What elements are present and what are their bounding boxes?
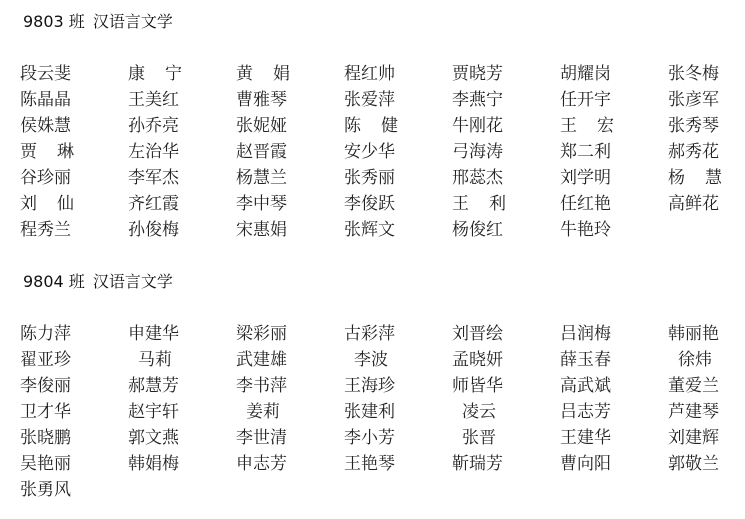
student-name: 卫才华 — [20, 399, 74, 425]
student-name-cell: 高鲜花 — [668, 191, 745, 217]
student-name: 杨俊红 — [452, 217, 506, 243]
student-name-cell: 左治华 — [128, 139, 236, 165]
name-list-9803: 段云斐康宁黄娟程红帅贾晓芳胡耀岗张冬梅陈晶晶王美红曹雅琴张爱萍李燕宁任开宇张彦军… — [20, 61, 745, 243]
student-name-cell: 王宏 — [560, 113, 668, 139]
class-code: 9804 班 — [23, 272, 85, 291]
student-name-cell: 赵晋霞 — [236, 139, 344, 165]
student-name-cell: 翟亚珍 — [20, 347, 128, 373]
student-name-cell: 高武斌 — [560, 373, 668, 399]
student-name: 杨慧兰 — [236, 165, 290, 191]
student-name: 靳瑞芳 — [452, 451, 506, 477]
student-name: 翟亚珍 — [20, 347, 74, 373]
student-name-cell: 安少华 — [344, 139, 452, 165]
student-name: 孙俊梅 — [128, 217, 182, 243]
student-name-cell: 董爱兰 — [668, 373, 745, 399]
student-name-cell: 贾琳 — [20, 139, 128, 165]
student-name: 郝秀花 — [668, 139, 722, 165]
student-name-cell: 张彦军 — [668, 87, 745, 113]
student-name-cell: 张爱萍 — [344, 87, 452, 113]
student-name-cell: 凌云 — [452, 399, 560, 425]
major-name: 汉语言文学 — [93, 272, 173, 291]
student-name-cell: 李燕宁 — [452, 87, 560, 113]
student-name: 张辉文 — [344, 217, 398, 243]
student-name: 侯姝慧 — [20, 113, 74, 139]
student-name: 任开宇 — [560, 87, 614, 113]
student-name-cell: 宋惠娟 — [236, 217, 344, 243]
student-name: 左治华 — [128, 139, 182, 165]
student-name-cell: 弓海涛 — [452, 139, 560, 165]
student-name: 陈健 — [344, 113, 398, 139]
student-name-cell: 谷珍丽 — [20, 165, 128, 191]
section-heading-9804: 9804 班汉语言文学 — [23, 272, 173, 292]
student-name-cell: 郑二利 — [560, 139, 668, 165]
student-name-cell: 郝慧芳 — [128, 373, 236, 399]
student-name: 郭文燕 — [128, 425, 182, 451]
student-name-cell: 赵宇轩 — [128, 399, 236, 425]
student-name-cell: 申建华 — [128, 321, 236, 347]
student-name-cell: 师皆华 — [452, 373, 560, 399]
student-name: 安少华 — [344, 139, 398, 165]
student-name: 郭敬兰 — [668, 451, 722, 477]
student-name: 高武斌 — [560, 373, 614, 399]
student-name-cell: 张秀琴 — [668, 113, 745, 139]
student-name-cell: 刘仙 — [20, 191, 128, 217]
student-name-cell: 康宁 — [128, 61, 236, 87]
student-name: 李世清 — [236, 425, 290, 451]
student-name-cell: 武建雄 — [236, 347, 344, 373]
student-name: 康宁 — [128, 61, 182, 87]
student-name: 张冬梅 — [668, 61, 722, 87]
student-name: 程红帅 — [344, 61, 398, 87]
student-name-cell: 任开宇 — [560, 87, 668, 113]
student-name: 曹向阳 — [560, 451, 614, 477]
student-name: 刘学明 — [560, 165, 614, 191]
student-name: 师皆华 — [452, 373, 506, 399]
student-name: 赵宇轩 — [128, 399, 182, 425]
student-name-cell: 张晋 — [452, 425, 560, 451]
student-name-cell: 牛刚花 — [452, 113, 560, 139]
student-name-cell: 马莉 — [128, 347, 236, 373]
student-name-cell: 牛艳玲 — [560, 217, 668, 243]
student-name-cell: 侯姝慧 — [20, 113, 128, 139]
student-name-cell: 张晓鹏 — [20, 425, 128, 451]
student-name: 薛玉春 — [560, 347, 614, 373]
student-name: 宋惠娟 — [236, 217, 290, 243]
student-name: 张晓鹏 — [20, 425, 74, 451]
student-name: 王艳琴 — [344, 451, 398, 477]
student-name: 贾晓芳 — [452, 61, 506, 87]
student-name-cell: 韩娟梅 — [128, 451, 236, 477]
student-name: 牛艳玲 — [560, 217, 614, 243]
student-name: 陈力萍 — [20, 321, 74, 347]
student-name: 董爱兰 — [668, 373, 722, 399]
student-name-cell: 李俊跃 — [344, 191, 452, 217]
student-name: 张晋 — [452, 425, 506, 451]
student-name: 申志芳 — [236, 451, 290, 477]
student-name: 齐红霞 — [128, 191, 182, 217]
student-name-cell: 李波 — [344, 347, 452, 373]
major-name: 汉语言文学 — [93, 12, 173, 31]
student-name-cell: 郭敬兰 — [668, 451, 745, 477]
student-name: 李俊跃 — [344, 191, 398, 217]
student-name: 黄娟 — [236, 61, 290, 87]
student-name: 芦建琴 — [668, 399, 722, 425]
student-name-cell: 任红艳 — [560, 191, 668, 217]
student-name: 张秀丽 — [344, 165, 398, 191]
student-name: 刘晋绘 — [452, 321, 506, 347]
student-name-cell: 程秀兰 — [20, 217, 128, 243]
student-name-cell: 段云斐 — [20, 61, 128, 87]
student-name: 吴艳丽 — [20, 451, 74, 477]
student-name-cell: 梁彩丽 — [236, 321, 344, 347]
student-name-cell: 王利 — [452, 191, 560, 217]
student-name-cell: 申志芳 — [236, 451, 344, 477]
student-name: 吕志芳 — [560, 399, 614, 425]
student-name: 李小芳 — [344, 425, 398, 451]
student-name: 刘建辉 — [668, 425, 722, 451]
student-name: 申建华 — [128, 321, 182, 347]
student-name-cell: 刘学明 — [560, 165, 668, 191]
student-name-cell: 张建利 — [344, 399, 452, 425]
student-name: 吕润梅 — [560, 321, 614, 347]
name-list-9804: 陈力萍申建华梁彩丽古彩萍刘晋绘吕润梅韩丽艳翟亚珍马莉武建雄李波孟晓妍薛玉春徐炜李… — [20, 321, 745, 503]
student-name: 贾琳 — [20, 139, 74, 165]
student-name: 陈晶晶 — [20, 87, 74, 113]
student-name: 程秀兰 — [20, 217, 74, 243]
student-name: 赵晋霞 — [236, 139, 290, 165]
student-name: 梁彩丽 — [236, 321, 290, 347]
student-name-cell: 黄娟 — [236, 61, 344, 87]
student-name-cell: 王艳琴 — [344, 451, 452, 477]
student-name: 高鲜花 — [668, 191, 722, 217]
student-name-cell: 李俊丽 — [20, 373, 128, 399]
student-name: 任红艳 — [560, 191, 614, 217]
student-name: 韩娟梅 — [128, 451, 182, 477]
student-name-cell: 王建华 — [560, 425, 668, 451]
student-name-cell: 郝秀花 — [668, 139, 745, 165]
student-name-cell: 孙乔亮 — [128, 113, 236, 139]
student-name: 马莉 — [128, 347, 182, 373]
student-name-cell: 靳瑞芳 — [452, 451, 560, 477]
student-name: 李波 — [344, 347, 398, 373]
student-name: 姜莉 — [236, 399, 290, 425]
student-name: 郑二利 — [560, 139, 614, 165]
student-name-cell: 张勇风 — [20, 477, 128, 503]
student-name: 弓海涛 — [452, 139, 506, 165]
student-name-cell: 陈晶晶 — [20, 87, 128, 113]
student-name: 张爱萍 — [344, 87, 398, 113]
student-name-cell: 郭文燕 — [128, 425, 236, 451]
student-name-cell: 杨慧兰 — [236, 165, 344, 191]
student-name: 韩丽艳 — [668, 321, 722, 347]
student-name: 李军杰 — [128, 165, 182, 191]
student-name-cell: 贾晓芳 — [452, 61, 560, 87]
student-name-cell: 张秀丽 — [344, 165, 452, 191]
student-name-cell: 陈健 — [344, 113, 452, 139]
student-name-cell: 徐炜 — [668, 347, 745, 373]
student-name: 邢蕊杰 — [452, 165, 506, 191]
student-name-cell: 李世清 — [236, 425, 344, 451]
student-name: 李书萍 — [236, 373, 290, 399]
student-name-cell: 胡耀岗 — [560, 61, 668, 87]
student-name: 胡耀岗 — [560, 61, 614, 87]
student-name: 孙乔亮 — [128, 113, 182, 139]
student-name-cell: 姜莉 — [236, 399, 344, 425]
student-name-cell: 张冬梅 — [668, 61, 745, 87]
student-name: 王海珍 — [344, 373, 398, 399]
student-name: 谷珍丽 — [20, 165, 74, 191]
student-name: 段云斐 — [20, 61, 74, 87]
student-name-cell: 陈力萍 — [20, 321, 128, 347]
student-name-cell: 孙俊梅 — [128, 217, 236, 243]
student-name-cell: 曹雅琴 — [236, 87, 344, 113]
student-name: 凌云 — [452, 399, 506, 425]
student-name-cell: 李军杰 — [128, 165, 236, 191]
student-name: 武建雄 — [236, 347, 290, 373]
student-name: 张妮娅 — [236, 113, 290, 139]
student-name: 李俊丽 — [20, 373, 74, 399]
student-name: 张勇风 — [20, 477, 74, 503]
student-name-cell: 刘建辉 — [668, 425, 745, 451]
student-name-cell: 李小芳 — [344, 425, 452, 451]
student-name-cell: 芦建琴 — [668, 399, 745, 425]
student-name-cell: 齐红霞 — [128, 191, 236, 217]
student-name: 曹雅琴 — [236, 87, 290, 113]
student-name-cell: 曹向阳 — [560, 451, 668, 477]
student-name-cell: 刘晋绘 — [452, 321, 560, 347]
student-name: 徐炜 — [668, 347, 722, 373]
student-name: 杨慧 — [668, 165, 722, 191]
student-name-cell: 孟晓妍 — [452, 347, 560, 373]
student-name-cell: 杨慧 — [668, 165, 745, 191]
student-name-cell: 张辉文 — [344, 217, 452, 243]
student-name: 张建利 — [344, 399, 398, 425]
student-name-cell: 李书萍 — [236, 373, 344, 399]
student-name: 孟晓妍 — [452, 347, 506, 373]
student-name: 张秀琴 — [668, 113, 722, 139]
class-code: 9803 班 — [23, 12, 85, 31]
student-name: 王建华 — [560, 425, 614, 451]
student-name-cell: 程红帅 — [344, 61, 452, 87]
student-name-cell: 吕润梅 — [560, 321, 668, 347]
student-name-cell: 张妮娅 — [236, 113, 344, 139]
student-name: 古彩萍 — [344, 321, 398, 347]
student-name: 王宏 — [560, 113, 614, 139]
student-name: 李中琴 — [236, 191, 290, 217]
student-name-cell: 韩丽艳 — [668, 321, 745, 347]
student-name-cell: 古彩萍 — [344, 321, 452, 347]
student-name: 郝慧芳 — [128, 373, 182, 399]
student-name: 王利 — [452, 191, 506, 217]
student-name-cell: 王海珍 — [344, 373, 452, 399]
student-name-cell: 李中琴 — [236, 191, 344, 217]
student-name: 牛刚花 — [452, 113, 506, 139]
student-name-cell: 王美红 — [128, 87, 236, 113]
section-heading-9803: 9803 班汉语言文学 — [23, 12, 173, 32]
student-name-cell: 吴艳丽 — [20, 451, 128, 477]
student-name-cell: 卫才华 — [20, 399, 128, 425]
student-name-cell: 杨俊红 — [452, 217, 560, 243]
student-name-cell: 吕志芳 — [560, 399, 668, 425]
student-name: 刘仙 — [20, 191, 74, 217]
student-name-cell: 薛玉春 — [560, 347, 668, 373]
student-name: 李燕宁 — [452, 87, 506, 113]
student-name: 王美红 — [128, 87, 182, 113]
student-name-cell: 邢蕊杰 — [452, 165, 560, 191]
student-name: 张彦军 — [668, 87, 722, 113]
